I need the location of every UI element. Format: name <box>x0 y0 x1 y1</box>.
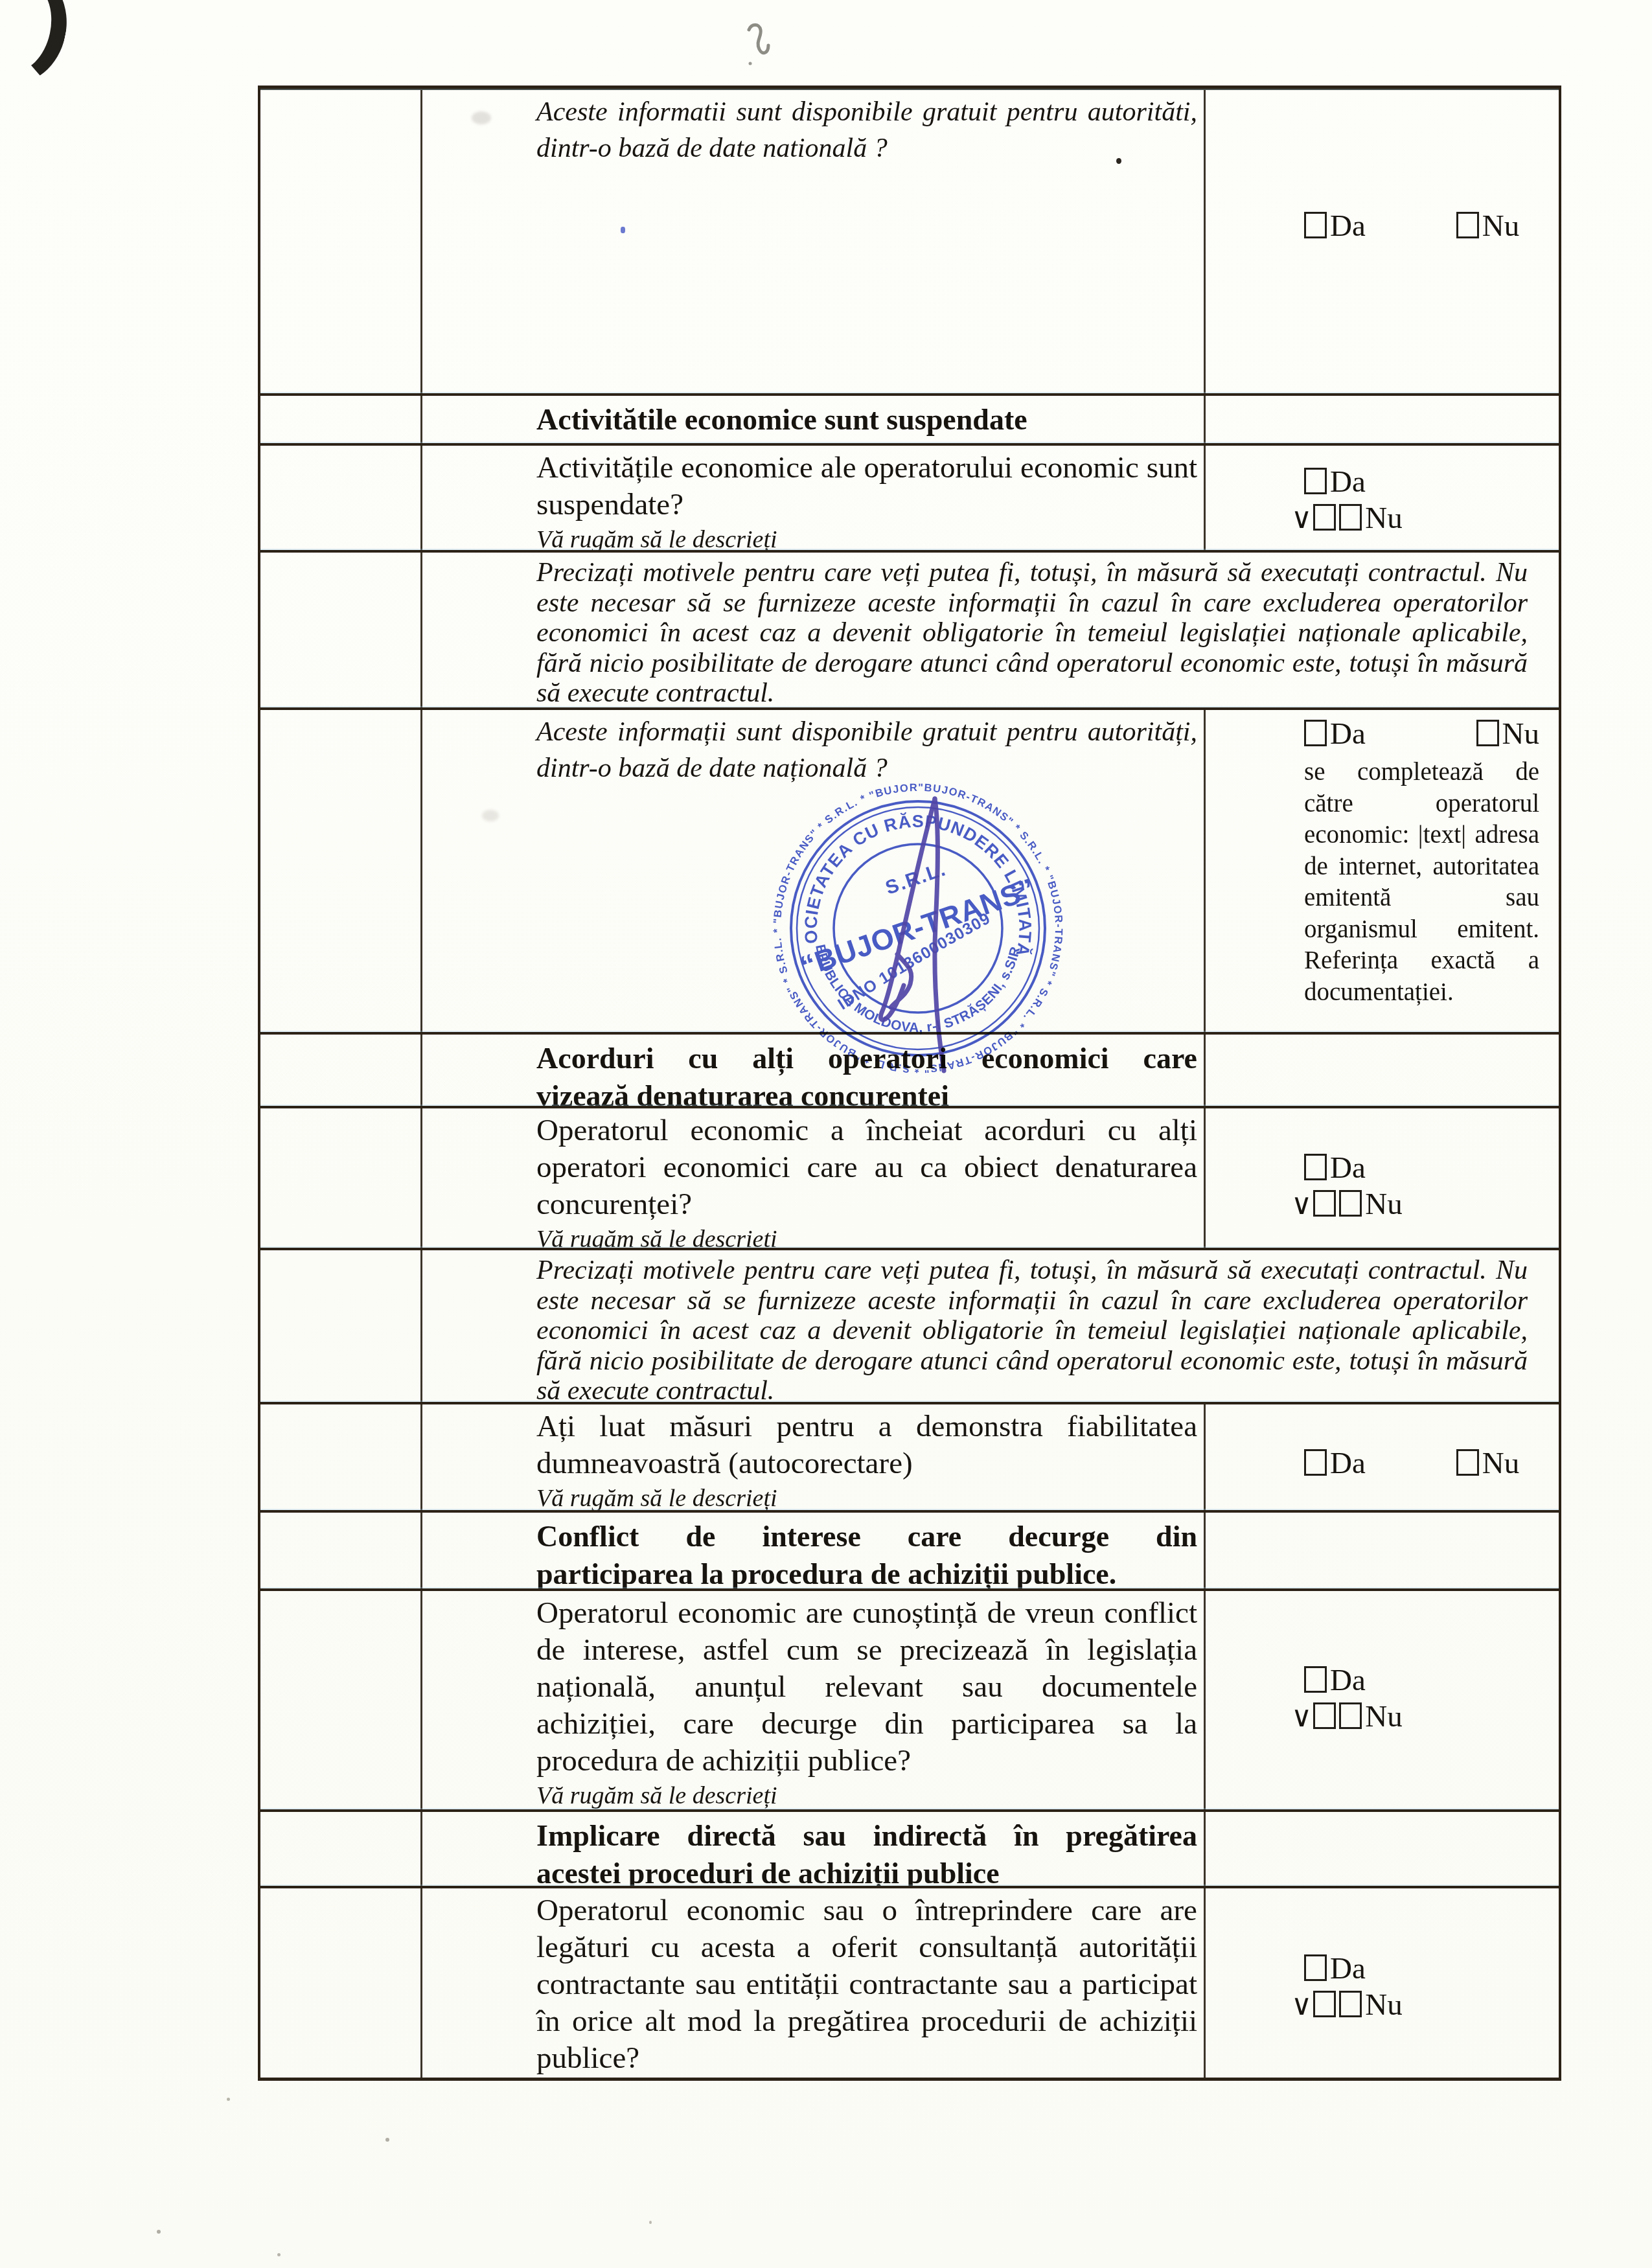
question-text: Ați luat măsuri pentru a demonstra fiabi… <box>536 1408 1197 1482</box>
checkbox-nu-icon <box>1339 1991 1362 2017</box>
table-row: Activitățile economice ale operatorului … <box>260 443 1559 550</box>
answer-cell: Da ∨Nu <box>1206 1108 1559 1248</box>
check-mark-icon: ∨ <box>1291 1989 1312 2021</box>
answer-cell: Da Nu se completează de către operatorul… <box>1206 710 1559 1032</box>
empty-cell <box>260 553 422 707</box>
question-text: Operatorul economic are cunoștință de vr… <box>536 1595 1197 1780</box>
answer-cell <box>1206 396 1559 443</box>
question-note: Vă rugăm să le descrieți <box>536 1483 1197 1510</box>
option-nu: ∨Nu <box>1291 1987 1539 2024</box>
section-header-line2: acestei proceduri de achiziții publice <box>536 1853 1197 1886</box>
option-nu-label: Nu <box>1365 1988 1402 2022</box>
option-nu: Nu <box>1476 716 1539 751</box>
da-nu-options: Da Nu <box>1304 716 1539 751</box>
check-mark-icon: ∨ <box>1291 1189 1312 1220</box>
empty-cell <box>260 1591 422 1809</box>
checkbox-nu-icon <box>1456 1449 1479 1476</box>
header-cell: Implicare directă sau indirectă în pregă… <box>422 1812 1206 1886</box>
answer-cell: Da Nu <box>1206 1404 1559 1510</box>
option-da: Da <box>1304 716 1366 751</box>
scan-corner-artifact <box>0 0 76 91</box>
ink-speck <box>621 227 625 233</box>
check-mark-icon: ∨ <box>1291 1701 1312 1733</box>
clause-text: Precizați motivele pentru care veți pute… <box>536 1254 1528 1402</box>
paper-speck <box>385 2138 389 2142</box>
paper-speck <box>227 2098 230 2101</box>
empty-cell <box>260 1812 422 1886</box>
option-nu-label: Nu <box>1482 209 1519 243</box>
section-header: Conflict de interese care decurge din <box>536 1517 1197 1554</box>
checkbox-nu-icon <box>1456 212 1479 238</box>
company-stamp: "BUJOR-TRANS" * S.R.L. * "BUJOR-TRANS" *… <box>750 760 1086 1097</box>
section-header-line2: participarea la procedura de achiziții p… <box>536 1554 1197 1588</box>
checkbox-icon <box>1313 504 1336 531</box>
option-da: Da <box>1304 209 1366 244</box>
question-cell: Operatorul economic sau o întreprindere … <box>422 1888 1206 2078</box>
checkbox-da-icon <box>1304 720 1327 746</box>
da-nu-options: Da ∨Nu <box>1304 1951 1539 2024</box>
question-text: Activitățile economice ale operatorului … <box>536 450 1197 523</box>
option-nu: Nu <box>1456 1446 1519 1481</box>
empty-cell <box>260 1513 422 1588</box>
header-cell: Conflict de interese care decurge din pa… <box>422 1513 1206 1588</box>
checkbox-nu-icon <box>1339 1190 1362 1217</box>
table-row: Operatorul economic a încheiat acorduri … <box>260 1106 1559 1248</box>
table-row: Operatorul economic sau o întreprindere … <box>260 1886 1559 2078</box>
checkbox-icon <box>1313 1991 1336 2017</box>
table-row: Operatorul economic are cunoștință de vr… <box>260 1588 1559 1809</box>
checkbox-da-icon <box>1304 1154 1327 1180</box>
empty-cell <box>260 710 422 1032</box>
option-nu-label: Nu <box>1365 501 1402 535</box>
option-nu: ∨Nu <box>1291 1699 1539 1735</box>
paper-speck <box>157 2230 161 2234</box>
scan-pen-mark <box>742 22 772 70</box>
da-nu-options: Da ∨Nu <box>1304 1150 1539 1223</box>
checkbox-nu-icon <box>1476 720 1499 746</box>
header-cell: Activitătile economice sunt suspendate <box>422 396 1206 443</box>
option-nu-label: Nu <box>1502 717 1539 751</box>
answer-cell: Da ∨Nu <box>1206 1888 1559 2078</box>
answer-cell <box>1206 1812 1559 1886</box>
empty-cell <box>260 1108 422 1248</box>
section-header: Implicare directă sau indirectă în pregă… <box>536 1816 1197 1853</box>
paper-speck <box>277 2253 281 2256</box>
option-da: Da <box>1304 464 1539 500</box>
da-nu-options: Da Nu <box>1304 209 1539 244</box>
empty-cell <box>260 1035 422 1106</box>
answer-cell: Da ∨Nu <box>1206 1591 1559 1809</box>
da-nu-options: Da Nu <box>1304 1446 1539 1481</box>
question-cell: Ați luat măsuri pentru a demonstra fiabi… <box>422 1404 1206 1510</box>
option-da-label: Da <box>1330 209 1366 243</box>
empty-cell <box>260 1404 422 1510</box>
empty-cell <box>260 446 422 550</box>
question-note: Vă rugăm să le descrieți <box>536 1224 1197 1248</box>
question-cell: Activitățile economice ale operatorului … <box>422 446 1206 550</box>
option-da-label: Da <box>1330 1151 1366 1185</box>
checkbox-nu-icon <box>1339 1702 1362 1729</box>
question-text: Operatorul economic a încheiat acorduri … <box>536 1112 1197 1223</box>
option-nu-label: Nu <box>1482 1447 1519 1480</box>
table-row-header: Implicare directă sau indirectă în pregă… <box>260 1809 1559 1886</box>
question-cell: Operatorul economic are cunoștință de vr… <box>422 1591 1206 1809</box>
option-da-label: Da <box>1330 465 1366 499</box>
clause-text: Precizați motivele pentru care veți pute… <box>536 556 1528 707</box>
question-note: Vă rugăm să le descrieți <box>536 1781 1197 1809</box>
question-text: Operatorul economic sau o întreprindere … <box>536 1892 1197 2077</box>
option-da: Da <box>1304 1951 1539 1987</box>
paper-speck <box>649 2221 652 2224</box>
option-nu: Nu <box>1456 209 1519 244</box>
option-nu: ∨Nu <box>1291 500 1539 537</box>
ink-speck <box>1116 158 1121 164</box>
clause-cell: Precizați motivele pentru care veți pute… <box>422 553 1559 707</box>
option-nu-label: Nu <box>1365 1700 1402 1734</box>
option-nu-label: Nu <box>1365 1187 1402 1221</box>
empty-cell <box>260 90 422 393</box>
table-row-clause: Precizați motivele pentru care veți pute… <box>260 1248 1559 1402</box>
checkbox-nu-icon <box>1339 504 1362 531</box>
option-da-label: Da <box>1330 1664 1366 1697</box>
checkbox-da-icon <box>1304 468 1327 494</box>
question-note: Vă rugăm să le descrieți <box>536 525 1197 550</box>
checkbox-icon <box>1313 1702 1336 1729</box>
question-cell: Aceste informatii sunt disponibile gratu… <box>422 90 1206 393</box>
empty-cell <box>260 1888 422 2078</box>
checkbox-da-icon <box>1304 212 1327 238</box>
checkbox-icon <box>1313 1190 1336 1217</box>
question-text: Aceste informatii sunt disponibile gratu… <box>536 94 1197 166</box>
empty-cell <box>260 396 422 443</box>
option-nu: ∨Nu <box>1291 1186 1539 1223</box>
checkbox-da-icon <box>1304 1954 1327 1981</box>
option-da-label: Da <box>1330 1952 1366 1986</box>
option-da: Da <box>1304 1150 1539 1186</box>
empty-cell <box>260 1250 422 1402</box>
table-row-clause: Precizați motivele pentru care veți pute… <box>260 550 1559 707</box>
answer-cell <box>1206 1513 1559 1588</box>
option-da: Da <box>1304 1446 1366 1481</box>
checkbox-da-icon <box>1304 1666 1327 1693</box>
answer-note: se completează de către operatorul econo… <box>1304 757 1539 1008</box>
question-cell: Operatorul economic a încheiat acorduri … <box>422 1108 1206 1248</box>
da-nu-options: Da ∨Nu <box>1304 1662 1539 1735</box>
option-da-label: Da <box>1330 1447 1366 1480</box>
check-mark-icon: ∨ <box>1291 503 1312 534</box>
answer-cell: Da ∨Nu <box>1206 446 1559 550</box>
answer-cell <box>1206 1035 1559 1106</box>
scanned-document-page: Aceste informatii sunt disponibile gratu… <box>0 0 1652 2268</box>
table-row-header: Conflict de interese care decurge din pa… <box>260 1510 1559 1588</box>
table-row: Ați luat măsuri pentru a demonstra fiabi… <box>260 1402 1559 1510</box>
section-header: Activitătile economice sunt suspendate <box>536 400 1197 437</box>
da-nu-options: Da ∨Nu <box>1304 464 1539 537</box>
option-da: Da <box>1304 1662 1539 1699</box>
checkbox-da-icon <box>1304 1449 1327 1476</box>
clause-cell: Precizați motivele pentru care veți pute… <box>422 1250 1559 1402</box>
option-da-label: Da <box>1330 717 1366 751</box>
table-row: Aceste informatii sunt disponibile gratu… <box>260 90 1559 393</box>
table-row-header: Activitătile economice sunt suspendate <box>260 393 1559 443</box>
answer-cell: Da Nu <box>1206 90 1559 393</box>
